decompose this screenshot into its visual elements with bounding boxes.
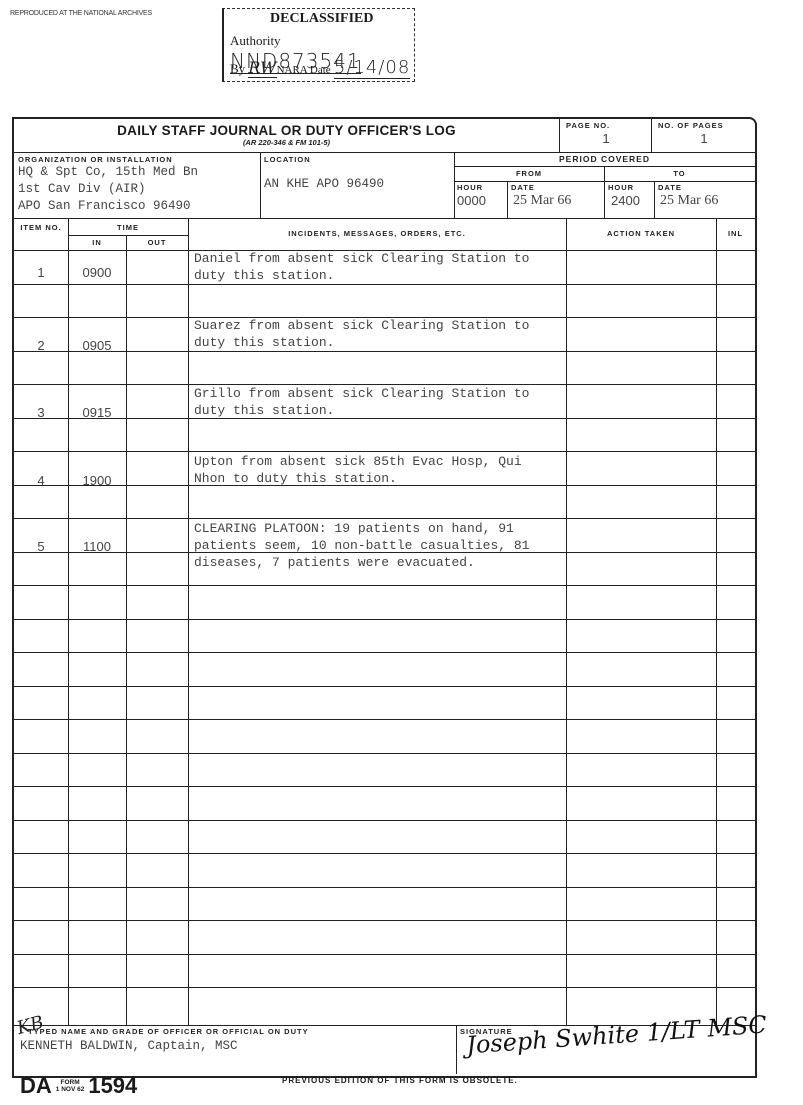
organization-line-2: 1st Cav Div (AIR) [18,181,258,198]
incident-text: Upton from absent sick 85th Evac Hosp, Q… [194,453,564,487]
grid-row-line [14,820,755,821]
declassified-stamp: DECLASSIFIED Authority NND873541 By RWNA… [222,8,415,82]
action-taken-header: ACTION TAKEN [566,229,716,238]
from-hour-label: HOUR [457,183,505,192]
officer-value: KENNETH BALDWIN, Captain, MSC [20,1038,454,1055]
page-no-value: 1 [562,130,650,147]
duty-log-form: DAILY STAFF JOURNAL OR DUTY OFFICER'S LO… [12,117,757,1078]
form-title-block: DAILY STAFF JOURNAL OR DUTY OFFICER'S LO… [14,123,559,147]
from-date-label: DATE [511,183,603,192]
time-in: 0905 [68,337,126,354]
grid-row-line [14,753,755,754]
to-hour-field: HOUR 2400 [608,183,653,209]
nara-date-label: NARA Date [277,64,331,76]
form-title: DAILY STAFF JOURNAL OR DUTY OFFICER'S LO… [14,123,559,138]
grid-row-line [14,853,755,854]
from-hour-value: 0000 [457,192,505,209]
incident-line: patients seem, 10 non-battle casualties,… [194,537,564,554]
form-date: 1 NOV 62 [56,1086,85,1093]
incident-text: Grillo from absent sick Clearing Station… [194,385,564,419]
incident-line: diseases, 7 patients were evacuated. [194,554,564,571]
incident-line: Suarez from absent sick Clearing Station… [194,317,564,334]
incidents-header: INCIDENTS, MESSAGES, ORDERS, ETC. [188,229,566,238]
item-number: 5 [14,538,68,555]
grid-row-line [14,585,755,586]
time-in: 0915 [68,404,126,421]
form-word: FORM [60,1079,79,1086]
incident-line: duty this station. [194,334,564,351]
organization-line-3: APO San Francisco 96490 [18,198,258,215]
incident-line: duty this station. [194,267,564,284]
grid-row-line [14,619,755,620]
location-label: LOCATION [264,155,452,164]
grid-row-line [14,887,755,888]
item-no-header: ITEM NO. [14,223,68,233]
grid-row-line [14,786,755,787]
stamp-date: 5/14/08 [334,57,410,79]
by-label: By [230,61,245,76]
incident-line: Nhon to duty this station. [194,470,564,487]
signature-value: Joseph Swhite 1/LT MSC [465,1011,767,1060]
inl-header: INL [716,229,755,238]
form-designation: DA FORM 1 NOV 62 1594 [20,1073,137,1099]
form-subtitle: (AR 220-346 & FM 101-5) [14,138,559,147]
to-date-field: DATE 25 Mar 66 [658,183,754,209]
table-row: 5 1100 CLEARING PLATOON: 19 patients on … [14,518,755,585]
grid-row-line [14,987,755,988]
organization-label: ORGANIZATION OR INSTALLATION [18,155,258,164]
to-date-label: DATE [658,183,754,192]
no-of-pages-value: 1 [654,130,754,147]
incident-text: Daniel from absent sick Clearing Station… [194,250,564,284]
item-number: 3 [14,404,68,421]
from-date-field: DATE 25 Mar 66 [511,183,603,209]
from-date-value: 25 Mar 66 [511,192,603,209]
incident-line: duty this station. [194,402,564,419]
officer-label: TYPED NAME AND GRADE OF OFFICER OR OFFIC… [20,1027,454,1036]
archive-note: REPRODUCED AT THE NATIONAL ARCHIVES [10,10,152,17]
time-in: 1100 [68,538,126,555]
incident-text: Suarez from absent sick Clearing Station… [194,317,564,351]
incident-line: CLEARING PLATOON: 19 patients on hand, 9… [194,520,564,537]
time-in-header: IN [68,238,126,247]
form-number: 1594 [88,1073,137,1099]
no-of-pages-label: NO. OF PAGES [654,121,754,130]
to-date-value: 25 Mar 66 [658,192,754,209]
no-of-pages-field: NO. OF PAGES 1 [654,121,754,147]
time-out-header: OUT [126,238,188,247]
officer-field: TYPED NAME AND GRADE OF OFFICER OR OFFIC… [20,1027,454,1055]
to-label: TO [604,169,755,178]
item-number: 1 [14,264,68,281]
grid-row-line [14,920,755,921]
table-row: 2 0905 Suarez from absent sick Clearing … [14,317,755,384]
incident-line: Upton from absent sick 85th Evac Hosp, Q… [194,453,564,470]
page-no-field: PAGE NO. 1 [562,121,650,147]
obsolete-note: PREVIOUS EDITION OF THIS FORM IS OBSOLET… [282,1076,518,1085]
grid-row-line [14,954,755,955]
item-number: 4 [14,472,68,489]
location-field: LOCATION AN KHE APO 96490 [264,155,452,193]
stamp-title: DECLASSIFIED [270,11,373,27]
form-prefix: DA [20,1073,52,1099]
grid-row-line [14,719,755,720]
to-hour-value: 2400 [608,192,653,209]
form-date-block: FORM 1 NOV 62 [56,1079,85,1093]
page-no-label: PAGE NO. [562,121,650,130]
organization-field: ORGANIZATION OR INSTALLATION HQ & Spt Co… [18,155,258,215]
time-header: TIME [68,223,188,232]
from-label: FROM [454,169,604,178]
from-hour-field: HOUR 0000 [457,183,505,209]
table-row: 4 1900 Upton from absent sick 85th Evac … [14,451,755,518]
incident-line: Daniel from absent sick Clearing Station… [194,250,564,267]
table-row: 3 0915 Grillo from absent sick Clearing … [14,384,755,451]
by-initials: RW [248,58,276,78]
period-covered-label: PERIOD COVERED [454,154,755,164]
incident-line: Grillo from absent sick Clearing Station… [194,385,564,402]
grid-row-line [14,686,755,687]
grid-row-line [14,652,755,653]
incident-text: CLEARING PLATOON: 19 patients on hand, 9… [194,520,564,571]
stamp-by-row: By RWNARA Date 5/14/08 [230,57,410,78]
table-row: 1 0900 Daniel from absent sick Clearing … [14,250,755,317]
organization-line-1: HQ & Spt Co, 15th Med Bn [18,164,258,181]
authority-label: Authority [230,33,281,48]
location-value: AN KHE APO 96490 [264,176,452,193]
signature-field: SIGNATURE Joseph Swhite 1/LT MSC [460,1027,754,1036]
time-in: 1900 [68,472,126,489]
time-in: 0900 [68,264,126,281]
to-hour-label: HOUR [608,183,653,192]
item-number: 2 [14,337,68,354]
